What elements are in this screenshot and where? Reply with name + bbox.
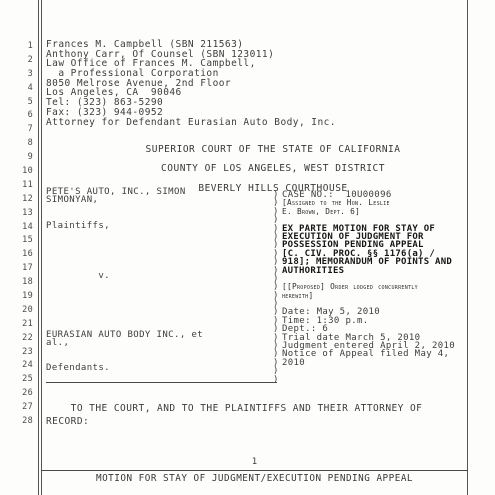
- caption-case-info-row: )[[Proposed] Order lodged concurrently: [273, 280, 469, 288]
- caption-case-info-text: Notice of Appeal filed May 4,: [282, 349, 449, 359]
- line-number: 5: [4, 96, 33, 110]
- caption-parties-column: PETE'S AUTO, INC., SIMONSIMONYAN,Plainti…: [46, 188, 277, 383]
- attorney-block: Frances M. Campbell (SBN 211563)Anthony …: [46, 40, 336, 127]
- caption-party-line: v.: [46, 272, 110, 280]
- line-number: 16: [4, 248, 33, 262]
- caption-party-line: EURASIAN AUTO BODY INC., et: [46, 331, 203, 339]
- line-number: 7: [4, 123, 33, 137]
- line-number: 21: [4, 318, 33, 332]
- caption-case-info-row: )EX PARTE MOTION FOR STAY OF: [273, 222, 469, 230]
- line-number-gutter: 1234567891011121314151617181920212223242…: [4, 40, 33, 429]
- caption-case-info-text: 2010: [282, 358, 305, 368]
- court-header-line: COUNTY OF LOS ANGELES, WEST DISTRICT: [80, 159, 466, 178]
- left-margin-rule-inner: [41, 0, 42, 495]
- line-number: 4: [4, 82, 33, 96]
- footer-rule: [41, 470, 468, 471]
- page-number: 1: [41, 457, 468, 467]
- caption-case-info-row: )Dept.: 6: [273, 322, 469, 330]
- caption-case-info-row: )Notice of Appeal filed May 4,: [273, 347, 469, 355]
- caption-party-line: SIMONYAN,: [46, 196, 98, 204]
- footer-title: MOTION FOR STAY OF JUDGMENT/EXECUTION PE…: [41, 473, 468, 484]
- caption-case-info-row: )EXECUTION OF JUDGMENT FOR: [273, 230, 469, 238]
- line-number: 27: [4, 401, 33, 415]
- caption-paren: ): [273, 376, 282, 384]
- line-number: 1: [4, 40, 33, 54]
- line-number: 12: [4, 193, 33, 207]
- line-number: 3: [4, 68, 33, 82]
- line-number: 20: [4, 304, 33, 318]
- attorney-line: Attorney for Defendant Eurasian Auto Bod…: [46, 118, 336, 128]
- caption-party-line: Defendants.: [46, 364, 110, 372]
- case-caption: PETE'S AUTO, INC., SIMONSIMONYAN,Plainti…: [46, 188, 467, 384]
- court-header-line: SUPERIOR COURT OF THE STATE OF CALIFORNI…: [80, 140, 466, 159]
- line-number: 8: [4, 137, 33, 151]
- caption-case-info-row: )[Assigned to the Hon. Leslie: [273, 196, 469, 204]
- line-number: 6: [4, 109, 33, 123]
- line-number: 2: [4, 54, 33, 68]
- caption-case-info-row: ): [273, 373, 469, 381]
- line-number: 11: [4, 179, 33, 193]
- caption-case-info-column: )CASE NO.: 10U00096)[Assigned to the Hon…: [273, 188, 469, 381]
- caption-case-info-row: )Trial date March 5, 2010: [273, 331, 469, 339]
- caption-case-info-text: herewith]: [282, 291, 313, 300]
- caption-case-info-row: )Date: May 5, 2010: [273, 305, 469, 313]
- notice-paragraph: TO THE COURT, AND TO THE PLAINTIFFS AND …: [46, 402, 422, 429]
- caption-case-info-row: )POSSESSION PENDING APPEAL: [273, 238, 469, 246]
- line-number: 19: [4, 290, 33, 304]
- left-margin-rule-outer: [38, 0, 39, 495]
- caption-case-info-text: E. Brown, Dept. 6]: [282, 207, 360, 216]
- caption-party-line: al.,: [46, 339, 69, 347]
- line-number: 17: [4, 262, 33, 276]
- line-number: 23: [4, 346, 33, 360]
- caption-case-info-row: )Judgment entered April 2, 2010: [273, 339, 469, 347]
- line-number: 26: [4, 387, 33, 401]
- line-number: 28: [4, 415, 33, 429]
- line-number: 15: [4, 234, 33, 248]
- line-number: 10: [4, 165, 33, 179]
- body-line: RECORD:: [46, 415, 422, 428]
- line-number: 22: [4, 332, 33, 346]
- caption-case-info-row: )[C. CIV. PROC. §§ 1176(a) /: [273, 247, 469, 255]
- line-number: 13: [4, 207, 33, 221]
- line-number: 14: [4, 221, 33, 235]
- line-number: 9: [4, 151, 33, 165]
- pleading-page: 1234567891011121314151617181920212223242…: [0, 0, 495, 495]
- caption-case-info-text: AUTHORITIES: [282, 266, 344, 276]
- caption-case-info-row: )CASE NO.: 10U00096: [273, 188, 469, 196]
- caption-party-line: Plaintiffs,: [46, 222, 110, 230]
- body-line: TO THE COURT, AND TO THE PLAINTIFFS AND …: [46, 402, 422, 415]
- line-number: 18: [4, 276, 33, 290]
- line-number: 25: [4, 373, 33, 387]
- line-number: 24: [4, 359, 33, 373]
- caption-case-info-row: )918]; MEMORANDUM OF POINTS AND: [273, 255, 469, 263]
